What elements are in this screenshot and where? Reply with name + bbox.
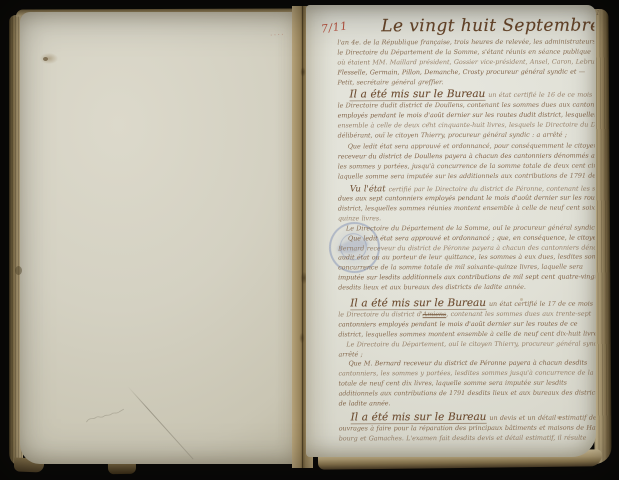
text-line: laquelle somme sera imputée sur les addi… [338, 171, 595, 182]
paragraph-lead: Il a été mis sur le Bureau [350, 297, 486, 310]
text-line: Il a été mis sur le Bureauun état certif… [338, 297, 595, 311]
text-line: Petit, secrétaire général greffier. [337, 77, 594, 88]
paper-stain [43, 57, 48, 61]
manuscript-photo: .... 7/11 1 Le vingt huit Septembre mil … [0, 0, 619, 480]
text-lines-container: l'an 4e. de la République française, tro… [337, 38, 595, 445]
text-line: bourg et Gamaches. L'examen fait desdits… [339, 433, 596, 444]
text-line: Il a été mis sur le Bureauun état certif… [338, 88, 595, 102]
manuscript-text-block: Le vingt huit Septembre mil sept cent qu… [337, 16, 595, 445]
date-heading: Le vingt huit Septembre mil sept cent qu… [337, 16, 594, 39]
red-gutter-dots: .... [270, 28, 285, 37]
text-line: de ladite année. [339, 399, 596, 410]
paragraph-lead: Il a été mis sur le Bureau [350, 88, 486, 101]
text-line: délibérant, ouï le citoyen Thierry, proc… [338, 131, 595, 142]
paper-stain [15, 266, 22, 275]
date-heading-large: Le vingt huit Septembre [381, 16, 594, 37]
text-line: Il a été mis sur le Bureauun devis et un… [339, 410, 596, 424]
left-blank-page [20, 12, 301, 464]
page-corner-mark: 1 [596, 10, 600, 17]
underlined-word: Amiens [423, 310, 447, 318]
paragraph-lead: Vu l'état [350, 184, 386, 194]
paragraph-lead: Il a été mis sur le Bureau [351, 411, 487, 424]
text-line: desdits lieux et aux bureaux des distric… [338, 283, 595, 294]
